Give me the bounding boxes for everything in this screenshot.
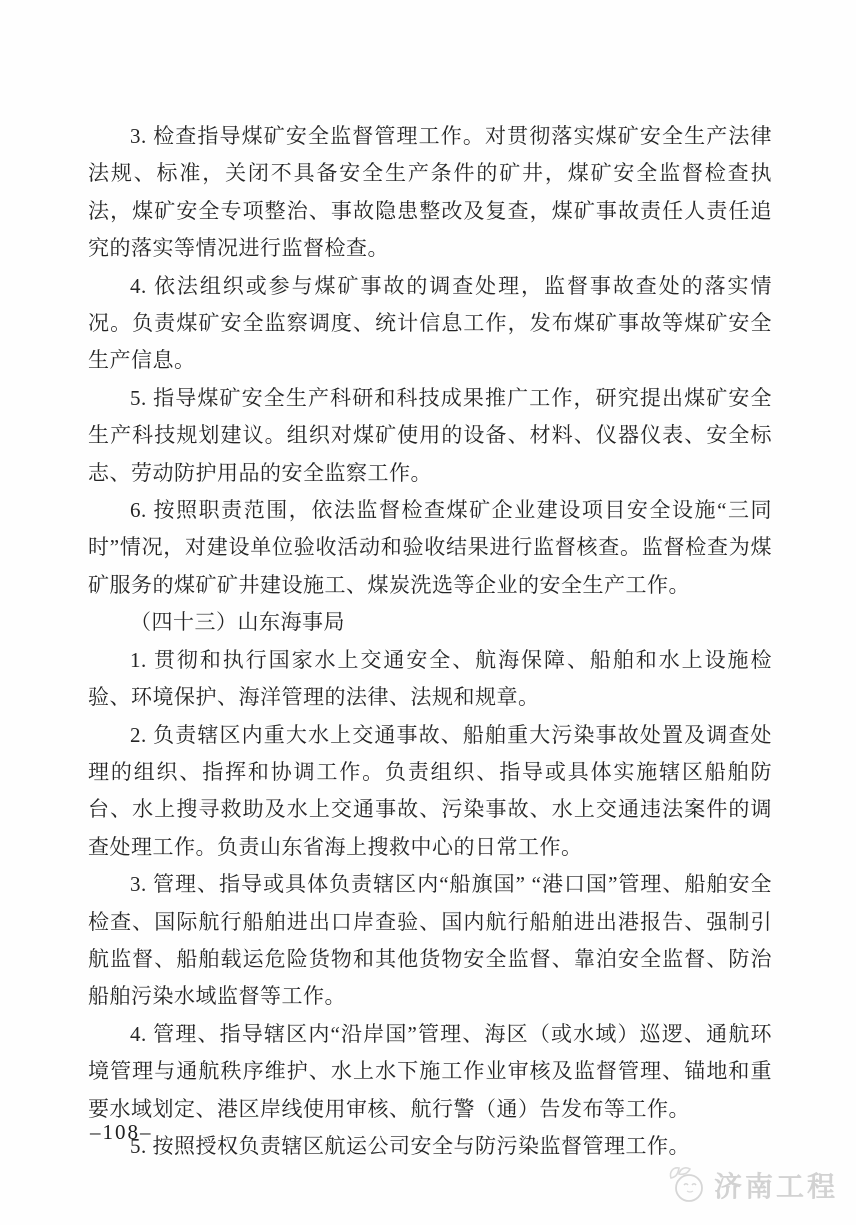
page-number: –108– (90, 1120, 153, 1145)
paragraph: （四十三）山东海事局 (88, 604, 772, 641)
paragraph: 5. 指导煤矿安全生产科研和科技成果推广工作，研究提出煤矿安全生产科技规划建议。… (88, 380, 772, 492)
paragraph: 4. 管理、指导辖区内“沿岸国”管理、海区（或水域）巡逻、通航环境管理与通航秩序… (88, 1016, 772, 1128)
paragraph: 1. 贯彻和执行国家水上交通安全、航海保障、船舶和水上设施检验、环境保护、海洋管… (88, 642, 772, 717)
bird-mascot-icon (665, 1164, 707, 1206)
watermark-text: 济南工程 (714, 1165, 838, 1205)
paragraph: 4. 依法组织或参与煤矿事故的调查处理，监督事故查处的落实情况。负责煤矿安全监察… (88, 268, 772, 380)
paragraph: 2. 负责辖区内重大水上交通事故、船舶重大污染事故处置及调查处理的组织、指挥和协… (88, 717, 772, 867)
watermark: 济南工程 (665, 1164, 838, 1206)
paragraph: 3. 管理、指导或具体负责辖区内“船旗国” “港口国”管理、船舶安全检查、国际航… (88, 866, 772, 1016)
paragraph: 3. 检查指导煤矿安全监督管理工作。对贯彻落实煤矿安全生产法律法规、标准，关闭不… (88, 118, 772, 268)
document-page: 3. 检查指导煤矿安全监督管理工作。对贯彻落实煤矿安全生产法律法规、标准，关闭不… (0, 0, 856, 1225)
paragraph-list: 3. 检查指导煤矿安全监督管理工作。对贯彻落实煤矿安全生产法律法规、标准，关闭不… (88, 118, 772, 1165)
document-body: 3. 检查指导煤矿安全监督管理工作。对贯彻落实煤矿安全生产法律法规、标准，关闭不… (88, 118, 772, 1165)
paragraph: 6. 按照职责范围，依法监督检查煤矿企业建设项目安全设施“三同时”情况，对建设单… (88, 492, 772, 604)
paragraph: 5. 按照授权负责辖区航运公司安全与防污染监督管理工作。 (88, 1128, 772, 1165)
